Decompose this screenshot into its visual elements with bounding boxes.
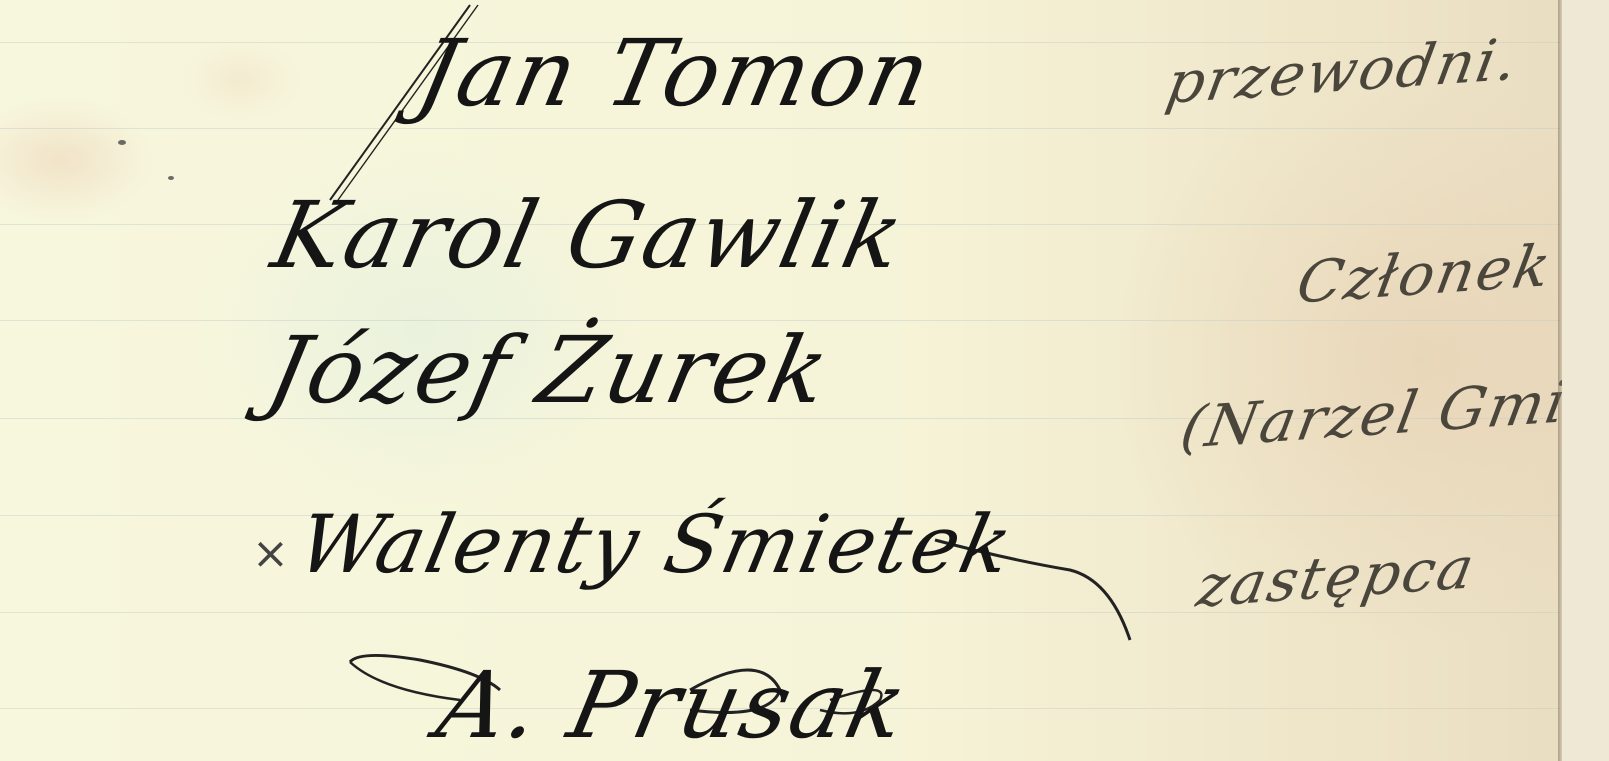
signature-name: Walenty Śmietek — [291, 505, 1020, 585]
signature-name: A. Prusak — [430, 660, 915, 752]
cross-mark: × — [252, 528, 289, 579]
signature-name: Józef Żurek — [260, 325, 837, 417]
signature-name: Karol Gawlik — [265, 190, 912, 282]
adjacent-page — [1562, 0, 1609, 761]
signature-name: Jan Tomon — [410, 28, 939, 120]
document-page: Jan Tomon przewodni. Karol Gawlik Człone… — [0, 0, 1609, 761]
signature-role: Członek — [1293, 236, 1557, 311]
